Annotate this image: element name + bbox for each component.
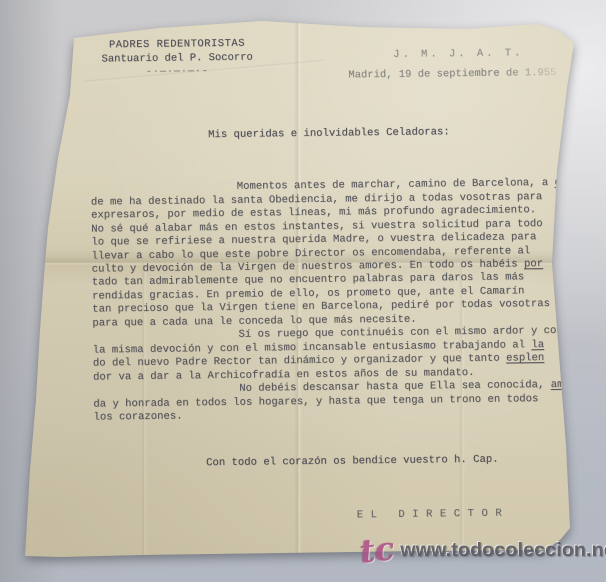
typewritten-text-layer: PADRES REDENTORISTAS Santuario del P. So… [0, 0, 606, 582]
letter-paragraph-lines: Momentos antes de marchar, camino de Bar… [91, 177, 568, 425]
letterhead: PADRES REDENTORISTAS Santuario del P. So… [100, 37, 255, 81]
watermark: tc www.todocoleccion.net [360, 534, 606, 566]
dateline: Madrid, 19 de septiembre de 1.955 [348, 67, 556, 82]
photo-scene: PADRES REDENTORISTAS Santuario del P. So… [0, 0, 606, 582]
todocoleccion-logo-icon: tc [358, 532, 395, 567]
letterhead-divider: -·—·—·—·- [100, 65, 254, 81]
letter-paper: PADRES REDENTORISTAS Santuario del P. So… [0, 0, 606, 582]
salutation: Mis queridas e inolvidables Celadoras: [208, 125, 564, 143]
closing-line: Con todo el corazón os bendice vuestro h… [206, 453, 568, 471]
signature: EL DIRECTOR [357, 506, 569, 522]
paper-shadow: PADRES REDENTORISTAS Santuario del P. So… [0, 0, 606, 582]
letterhead-motto: J. M. J. A. T. [393, 47, 523, 61]
letter-body: Mis queridas e inolvidables Celadoras: M… [90, 98, 569, 553]
watermark-url: www.todocoleccion.net [400, 539, 606, 562]
